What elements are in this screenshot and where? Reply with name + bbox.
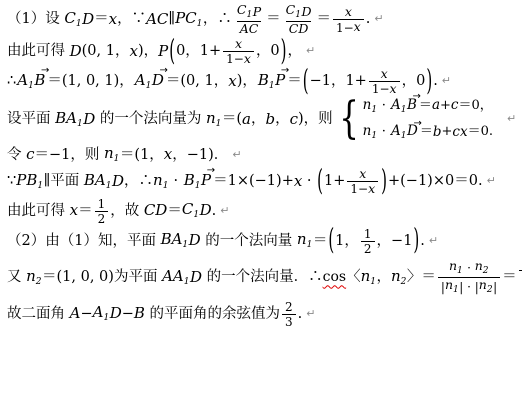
fraction-denominator: 2 — [361, 241, 375, 255]
variable: D — [190, 269, 202, 286]
fraction-numerator: x — [356, 168, 369, 182]
variable: x — [164, 146, 172, 163]
variable: P — [253, 6, 261, 19]
text-run: ， — [275, 111, 290, 128]
text-run: ＝1×(−1)+ — [213, 173, 294, 190]
text-run: 1， — [335, 233, 359, 250]
subscript: 1 — [106, 181, 112, 191]
variable: n1 — [297, 231, 313, 250]
text-run: ＝ — [167, 203, 182, 220]
text-run: )， — [237, 73, 257, 90]
text-run: 1− — [226, 53, 244, 65]
paragraph-return-mark: ↵ — [442, 75, 451, 88]
variable: AA1 — [162, 268, 190, 287]
variable: D — [110, 305, 122, 322]
subscript: 1 — [77, 119, 83, 129]
variable: A1 — [17, 71, 34, 89]
vector-arrow-icon: → — [281, 65, 289, 77]
close-paren: ) — [425, 65, 433, 98]
variable: x — [354, 21, 361, 34]
subscript: 1 — [37, 181, 43, 191]
text-run: 由此可得 — [7, 203, 70, 220]
variable: CD — [289, 23, 309, 36]
fraction: x1−x — [369, 68, 400, 96]
text-run: ＝ — [502, 269, 517, 286]
system-row: n1 · A1D→＝b+cx＝0. — [363, 124, 493, 141]
text-run: · — [169, 173, 183, 190]
text-run: ＝(1， — [120, 147, 164, 164]
fraction-denominator: AC — [237, 21, 262, 36]
variable: D — [112, 173, 124, 190]
text-run: ＝ — [287, 73, 302, 90]
fraction-numerator: C1P — [234, 4, 264, 21]
subscript: 1 — [76, 19, 82, 29]
text-run: (0, 1， — [82, 43, 130, 60]
subscript: 1 — [146, 81, 152, 91]
variable: C1 — [237, 4, 253, 20]
variable: b — [433, 125, 442, 141]
text-run: . — [298, 306, 303, 323]
equation-system: {n1 · A1B→＝a+c＝0，n1 · A1D→＝b+cx＝0. — [335, 98, 493, 142]
text-run: 3 — [285, 316, 293, 328]
text-run: − — [122, 306, 134, 323]
fraction-numerator: n1 · n2 — [446, 260, 492, 277]
variable: n1 — [363, 98, 378, 115]
fraction-numerator: 1 — [361, 228, 375, 241]
text-run: 1 — [364, 228, 372, 240]
text-run: 的一个法向量．∴ — [202, 269, 323, 286]
text-run: · — [463, 262, 474, 274]
variable: x — [228, 73, 236, 90]
fraction: x1−x — [347, 168, 378, 196]
close-paren: ) — [412, 225, 420, 258]
variable: D — [200, 202, 212, 219]
paragraph-return-mark: ↵ — [487, 175, 496, 188]
variable: x — [294, 173, 302, 190]
variable: x — [390, 83, 397, 96]
fraction: 12 — [95, 198, 109, 225]
close-paren: ) — [380, 165, 388, 198]
variable: PC1 — [175, 10, 203, 29]
fraction-denominator: 1×32 — [519, 270, 522, 299]
text-run: )， — [138, 43, 158, 60]
subscript: 1 — [216, 119, 222, 129]
text-run: + — [442, 125, 453, 140]
fraction-denominator: 1−x — [369, 81, 400, 96]
fraction-denominator: 1−x — [333, 19, 364, 34]
subscript: 1 — [114, 154, 120, 164]
variable: D — [70, 43, 82, 60]
math-line-8: （2）由（1）知，平面 BA1D 的一个法向量 n1＝(1，12，−1).↵ — [7, 228, 520, 255]
variable: n1 — [363, 124, 378, 141]
subscript: 1 — [184, 277, 190, 287]
variable: x — [244, 53, 251, 66]
paren-group: (1，12，−1) — [327, 228, 420, 255]
fraction-denominator: 3 — [282, 314, 296, 328]
subscript: 1 — [28, 81, 34, 91]
subscript: 1 — [103, 313, 109, 323]
text-run: 的一个法向量为 — [95, 111, 206, 128]
subscript: 1 — [269, 81, 275, 91]
variable: n1 — [445, 279, 459, 295]
text-run: ，∴ — [124, 173, 153, 190]
subscript: 1 — [457, 266, 463, 276]
paragraph-return-mark: ↵ — [429, 235, 438, 248]
subscript: 1 — [197, 19, 203, 29]
system-rows: n1 · A1B→＝a+c＝0，n1 · A1D→＝b+cx＝0. — [363, 98, 493, 142]
vector: A1D→ — [391, 124, 418, 141]
variable: a — [242, 111, 251, 128]
variable: AC — [240, 23, 259, 36]
text-run: （2）由（1）知，平面 — [7, 233, 161, 250]
subscript: 1 — [371, 131, 377, 141]
math-line-3: ∴A1B→＝(1, 0, 1)，A1D→＝(0, 1，x)，B1P→＝(−1，1… — [7, 68, 520, 96]
math-line-7: 由此可得 x＝12，故 CD＝C1D.↵ — [7, 198, 520, 225]
variable: BA1 — [55, 110, 83, 129]
text-run: 2 — [364, 243, 372, 255]
variable: C1 — [286, 4, 302, 20]
text-run: ＝0. — [468, 125, 493, 140]
variable: x — [109, 11, 117, 28]
fraction-denominator: CD — [286, 21, 312, 36]
variable: BA1 — [161, 231, 189, 250]
variable: D — [82, 11, 94, 28]
text-run: 0，1+ — [176, 43, 221, 60]
variable: D — [189, 232, 201, 249]
text-run: ，0 — [256, 43, 280, 60]
fraction-denominator: 1−x — [223, 51, 254, 66]
variable: n1 — [104, 145, 120, 164]
text-run: ，−1)． — [172, 147, 228, 164]
text-run: 1+ — [324, 173, 345, 190]
text-run: · — [378, 99, 390, 114]
variable: PB1 — [16, 172, 43, 191]
variable: CD — [144, 202, 168, 219]
vector-arrow-icon: → — [41, 65, 49, 77]
text-run: 故二面角 — [7, 306, 70, 323]
fraction-numerator: 2 — [282, 301, 296, 314]
variable: x — [359, 168, 366, 181]
variable: c — [290, 111, 298, 128]
text-run: + — [440, 99, 451, 114]
subscript: 1 — [371, 105, 377, 115]
variable: A1 — [391, 123, 407, 139]
subscript: 1 — [401, 131, 407, 141]
variable: n2 — [475, 260, 489, 276]
subscript: 1 — [370, 277, 376, 287]
text-run: 设平面 — [7, 111, 55, 128]
text-run: 1− — [372, 83, 390, 95]
text-run: . — [212, 203, 217, 220]
variable: A1 — [135, 71, 152, 89]
vector-arrow-icon: → — [207, 165, 215, 177]
text-run: ＝ — [78, 203, 93, 220]
text-run: ，0 — [402, 73, 426, 90]
variable: x — [381, 68, 388, 81]
variable: c — [451, 98, 459, 114]
text-run: 2 — [285, 301, 293, 313]
text-run: ， — [251, 111, 266, 128]
math-line-1: （1）设 C1D＝x，∵AC∥PC1，∴C1PAC＝C1DCD＝x1−x.↵ — [7, 4, 520, 36]
variable: AC — [146, 11, 168, 28]
variable: n1 — [153, 172, 169, 191]
text-run: ＝(0, 1， — [166, 73, 228, 90]
fraction: x1−x — [223, 38, 254, 66]
text-run: ， — [376, 269, 391, 286]
system-row: n1 · A1B→＝a+c＝0， — [363, 98, 493, 115]
variable: x — [129, 43, 137, 60]
paragraph-return-mark: ↵ — [306, 45, 315, 58]
text-run: ∵ — [7, 173, 16, 190]
open-paren: ( — [302, 65, 310, 98]
text-run: · — [302, 173, 316, 190]
variable: P — [158, 43, 168, 60]
text-run: ＝( — [222, 111, 242, 128]
variable: c — [26, 146, 34, 163]
misspelled-word: cos — [323, 269, 346, 285]
vector-arrow-icon: → — [160, 65, 168, 77]
text-run: ，−1 — [377, 233, 413, 250]
variable: A — [70, 305, 81, 322]
open-paren: ( — [168, 35, 176, 68]
subscript: 1 — [182, 240, 188, 250]
text-run: ＝−1，则 — [35, 147, 104, 164]
vector-arrow-icon: → — [413, 91, 421, 103]
text-run: 2 — [98, 213, 106, 225]
close-paren: ) — [280, 35, 288, 68]
vector: B1P→ — [184, 171, 211, 191]
subscript: 2 — [487, 285, 493, 295]
paragraph-return-mark: ↵ — [374, 13, 383, 26]
math-line-10: 故二面角 A−A1D−B 的平面角的余弦值为23.↵ — [7, 301, 520, 328]
subscript: 2 — [483, 266, 489, 276]
subscript: 1 — [246, 10, 252, 20]
fraction: 23 — [282, 301, 296, 328]
variable: B1 — [258, 71, 275, 89]
math-line-4: 设平面 BA1D 的一个法向量为 n1＝(a，b，c)，则{n1 · A1B→＝… — [7, 98, 520, 142]
text-run: 〈 — [346, 269, 361, 286]
subscript: 1 — [195, 181, 201, 191]
fraction-denominator: 1−x — [347, 181, 378, 196]
paragraph-return-mark: ↵ — [220, 205, 229, 218]
variable: B — [134, 305, 145, 322]
variable: BA1 — [84, 172, 112, 191]
variable: D — [83, 111, 95, 128]
text-run: ＝ — [94, 11, 109, 28]
text-run: − — [80, 306, 92, 323]
text-run: · — [378, 125, 390, 140]
text-run: | · | — [459, 281, 479, 293]
text-run: ＝0， — [458, 99, 492, 114]
spacer — [493, 119, 503, 120]
text-run: . — [433, 73, 438, 90]
variable: D — [301, 6, 311, 19]
text-run: . — [366, 11, 371, 28]
text-run: ＝ — [266, 11, 281, 28]
text-run: +(−1)×0＝0. — [388, 173, 483, 190]
variable: A1 — [93, 304, 110, 323]
variable: n2 — [479, 279, 493, 295]
text-run: ＝ — [316, 11, 331, 28]
text-run: 令 — [7, 147, 26, 164]
subscript: 2 — [401, 277, 407, 287]
variable: B1 — [184, 171, 201, 189]
text-run: ，∴ — [203, 11, 232, 28]
solution-document: （1）设 C1D＝x，∵AC∥PC1，∴C1PAC＝C1DCD＝x1−x.↵由此… — [0, 0, 522, 328]
variable: C1 — [182, 201, 200, 220]
text-run: | — [493, 281, 497, 293]
math-line-6: ∵PB1∥平面 BA1D，∴n1 · B1P→＝1×(−1)+x · (1+x1… — [7, 168, 520, 196]
variable: x — [70, 202, 78, 219]
text-run: ∥平面 — [44, 173, 84, 190]
math-line-9: 又 n2＝(1, 0, 0)为平面 AA1D 的一个法向量．∴cos〈n1，n2… — [7, 257, 520, 299]
variable: n1 — [206, 110, 222, 129]
paren-group: (1+x1−x) — [316, 168, 388, 196]
subscript: 1 — [453, 285, 459, 295]
fraction-numerator: x — [232, 38, 245, 52]
text-run: ， — [288, 43, 303, 60]
variable: a — [432, 98, 440, 114]
text-run: ，∵ — [117, 11, 146, 28]
subscript: 1 — [193, 210, 199, 220]
vector-arrow-icon: → — [413, 118, 421, 130]
fraction-numerator: 1 — [95, 198, 109, 211]
variable: n2 — [391, 268, 407, 287]
variable: b — [265, 111, 275, 128]
subscript: 1 — [307, 240, 313, 250]
text-run: ＝(1, 0, 0)为平面 — [42, 269, 162, 286]
text-run: 1 — [98, 198, 106, 210]
fraction: 12 — [361, 228, 375, 255]
text-run: 的平面角的余弦值为 — [145, 306, 280, 323]
variable: x — [235, 38, 242, 51]
fraction: C1DCD — [283, 4, 315, 36]
fraction: 11×32 — [519, 257, 522, 299]
math-line-5: 令 c＝−1，则 n1＝(1，x，−1)．↵ — [7, 145, 520, 164]
vector: A1D→ — [135, 71, 164, 91]
fraction-numerator: x — [378, 68, 391, 82]
text-run: ＝(1, 0, 1)， — [47, 73, 133, 90]
subscript: 1 — [401, 105, 407, 115]
vector: A1B→ — [17, 71, 45, 91]
text-run: −1，1+ — [310, 73, 367, 90]
math-line-2: 由此可得 D(0, 1，x)，P(0，1+x1−x，0)，↵ — [7, 38, 520, 66]
variable: cx — [452, 125, 467, 141]
text-run: 由此可得 — [7, 43, 70, 60]
open-paren: ( — [327, 225, 335, 258]
variable: A1 — [391, 97, 407, 113]
fraction-denominator: |n1| · |n2| — [438, 277, 500, 295]
variable: n1 — [361, 268, 377, 287]
variable: n2 — [26, 268, 42, 287]
paren-group: (0，1+x1−x，0) — [168, 38, 287, 66]
variable: n1 — [449, 260, 463, 276]
text-run: 又 — [7, 269, 26, 286]
paragraph-return-mark: ↵ — [232, 149, 241, 162]
variable: x — [368, 183, 375, 196]
vector: A1B→ — [391, 98, 417, 115]
variable: x — [345, 6, 352, 19]
fraction: C1PAC — [234, 4, 264, 36]
subscript: 1 — [163, 181, 169, 191]
open-paren: ( — [316, 165, 324, 198]
text-run: 1− — [336, 22, 354, 34]
fraction-denominator: 2 — [95, 211, 109, 225]
text-run: （1）设 — [7, 11, 64, 28]
paragraph-return-mark: ↵ — [507, 113, 516, 126]
text-run: ∴ — [7, 73, 16, 90]
text-run: 的一个法向量 — [201, 233, 297, 250]
vector: B1P→ — [258, 71, 285, 91]
fraction: x1−x — [333, 6, 364, 34]
text-run: ＝ — [313, 233, 328, 250]
variable: C1 — [64, 10, 82, 29]
fraction: n1 · n2|n1| · |n2| — [438, 260, 500, 295]
paragraph-return-mark: ↵ — [306, 308, 315, 321]
subscript: 2 — [36, 277, 42, 287]
text-run: ，故 — [110, 203, 144, 220]
text-run: . — [420, 233, 425, 250]
fraction-numerator: x — [342, 6, 355, 20]
text-run: 〉＝ — [407, 269, 436, 286]
text-run: 1− — [350, 183, 368, 195]
text-run: )，则 — [298, 111, 333, 128]
fraction-numerator: C1D — [283, 4, 315, 21]
